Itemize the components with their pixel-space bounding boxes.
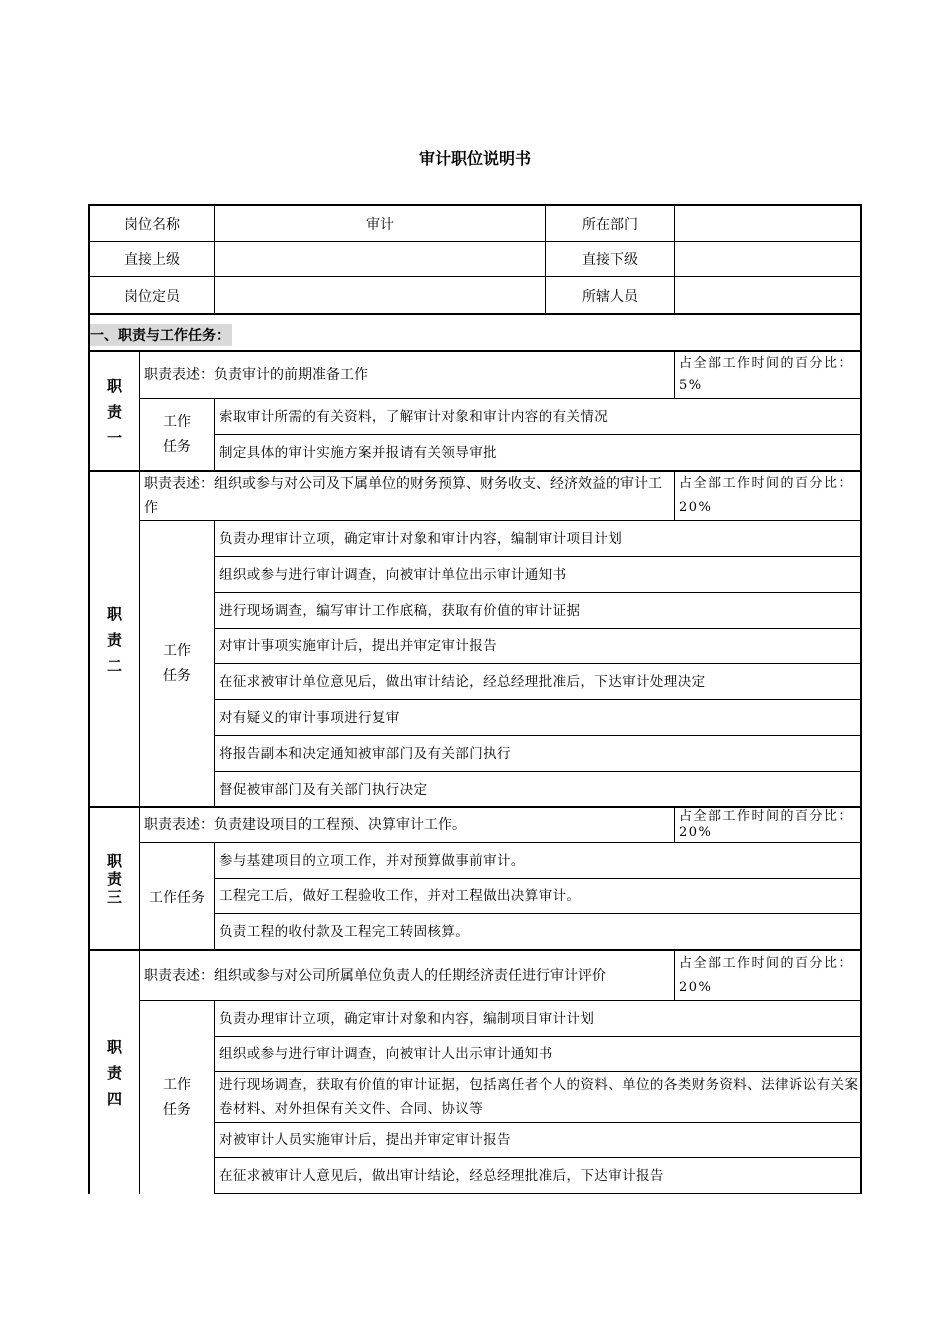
section-title: 一、职责与工作任务： — [90, 315, 860, 351]
duty-4-task-3: 进行现场调查，获取有价值的审计证据，包括离任者个人的资料、单位的各类财务资料、法… — [215, 1072, 860, 1123]
duty-4-task-2: 组织或参与进行审计调查，向被审计人出示审计通知书 — [215, 1037, 860, 1072]
duty-2-task-1: 负责办理审计立项，确定审计对象和审计内容，编制审计项目计划 — [215, 521, 860, 557]
document-title: 审计职位说明书 — [0, 146, 950, 169]
duty-3-task-1: 参与基建项目的立项工作，并对预算做事前审计。 — [215, 843, 860, 879]
label-department: 所在部门 — [546, 206, 675, 242]
value-position-name: 审计 — [215, 206, 546, 242]
duty-4-task-5: 在征求被审计人意见后，做出审计结论，经总经理批准后，下达审计报告 — [215, 1158, 860, 1194]
duty-2-description: 职责表述：组织或参与对公司及下属单位的财务预算、财务收支、经济效益的审计工作 — [140, 472, 675, 521]
duty-2-task-label: 工作 任务 — [140, 521, 215, 807]
value-direct-superior — [215, 242, 546, 277]
duty-2-task-6: 对有疑义的审计事项进行复审 — [215, 700, 860, 736]
duty-3-description: 职责表述：负责建设项目的工程预、决算审计工作。 — [140, 808, 675, 843]
duty-1-description: 职责表述：负责审计的前期准备工作 — [140, 352, 675, 399]
label-direct-subordinate: 直接下级 — [546, 242, 675, 277]
duty-2-percent: 占全部工作时间的百分比：20% — [675, 472, 860, 521]
table-border-right — [860, 204, 862, 1194]
duty-3-task-3: 负责工程的收付款及工程完工转固核算。 — [215, 914, 860, 950]
duty-4-task-1: 负责办理审计立项，确定审计对象和内容，编制项目审计计划 — [215, 1001, 860, 1037]
duty-4-task-4: 对被审计人员实施审计后，提出并审定审计报告 — [215, 1123, 860, 1158]
duty-2-task-3: 进行现场调查，编写审计工作底稿，获取有价值的审计证据 — [215, 593, 860, 629]
value-direct-subordinate — [675, 242, 860, 277]
duty-2-task-4: 对审计事项实施审计后，提出并审定审计报告 — [215, 629, 860, 664]
duty-3-name: 职 责 三 — [90, 808, 140, 950]
duty-1-percent: 占全部工作时间的百分比：5% — [675, 352, 860, 399]
duty-3-task-2: 工程完工后，做好工程验收工作，并对工程做出决算审计。 — [215, 879, 860, 914]
label-position-name: 岗位名称 — [90, 206, 215, 242]
value-headcount — [215, 277, 546, 314]
duty-2-task-7: 将报告副本和决定通知被审部门及有关部门执行 — [215, 736, 860, 772]
label-headcount: 岗位定员 — [90, 277, 215, 314]
value-staff-managed — [675, 277, 860, 314]
duty-1-name: 职 责 一 — [90, 352, 140, 471]
duty-3-percent: 占全部工作时间的百分比：20% — [675, 808, 860, 843]
value-department — [675, 206, 860, 242]
duty-4-task-label: 工作 任务 — [140, 1001, 215, 1194]
label-staff-managed: 所辖人员 — [546, 277, 675, 314]
duty-1-task-2: 制定具体的审计实施方案并报请有关领导审批 — [215, 435, 860, 471]
label-direct-superior: 直接上级 — [90, 242, 215, 277]
duty-2-task-5: 在征求被审计单位意见后，做出审计结论，经总经理批准后，下达审计处理决定 — [215, 664, 860, 700]
duty-4-name: 职 责 四 — [90, 951, 140, 1194]
duty-1-task-label: 工作 任务 — [140, 399, 215, 471]
duty-2-task-2: 组织或参与进行审计调查，向被审计单位出示审计通知书 — [215, 557, 860, 593]
duty-1-task-1: 索取审计所需的有关资料，了解审计对象和审计内容的有关情况 — [215, 399, 860, 435]
duty-2-name: 职 责 二 — [90, 472, 140, 807]
section-title-text: 一、职责与工作任务： — [90, 324, 232, 346]
duty-3-task-label: 工作任务 — [140, 843, 215, 950]
duty-4-percent: 占全部工作时间的百分比：20% — [675, 951, 860, 1001]
duty-2-task-8: 督促被审部门及有关部门执行决定 — [215, 772, 860, 807]
duty-4-description: 职责表述：组织或参与对公司所属单位负责人的任期经济责任进行审计评价 — [140, 951, 675, 1001]
